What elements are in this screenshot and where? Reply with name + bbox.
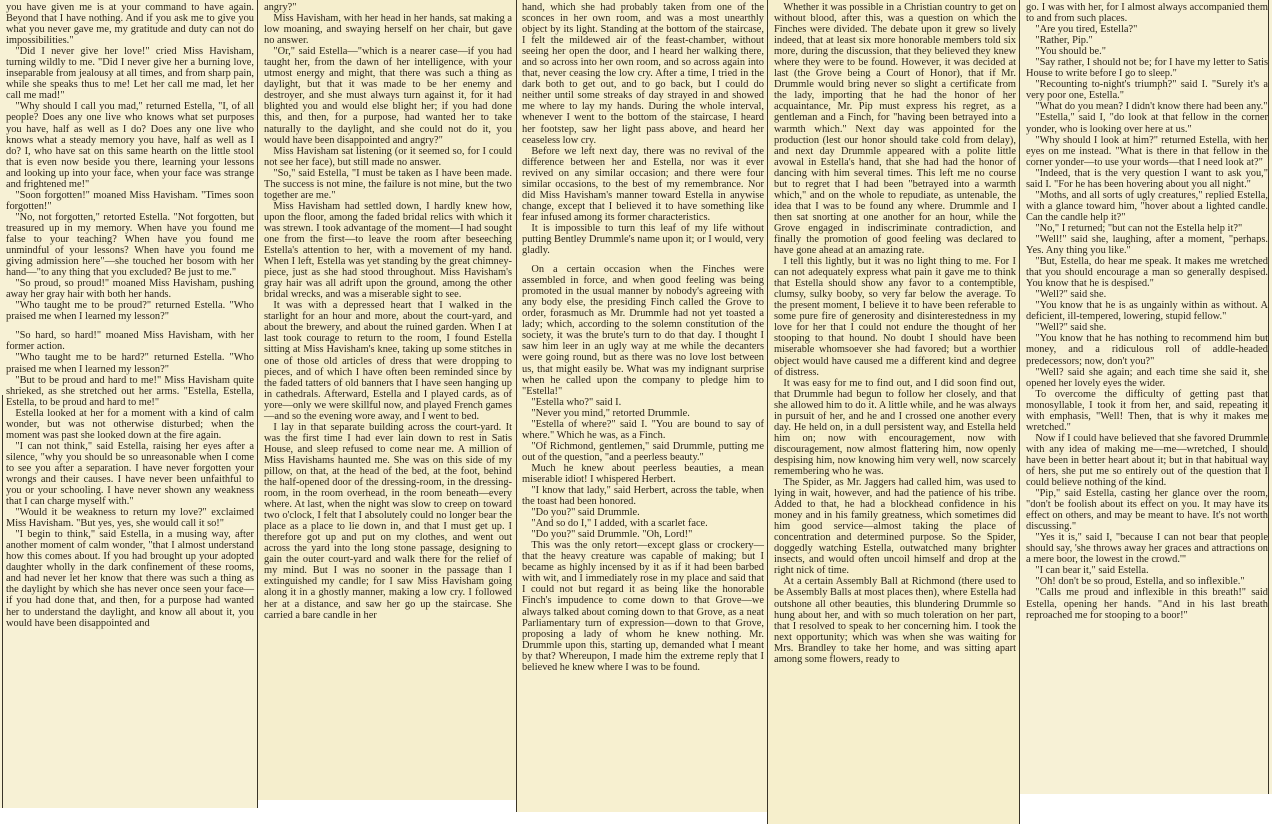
column-4: Whether it was possible in a Christian c… [768, 0, 1020, 824]
paragraph: "I know that lady," said Herbert, across… [522, 485, 764, 507]
paragraph: hand, which she had probably taken from … [522, 2, 764, 146]
paragraph: It was with a depressed heart that I wal… [264, 300, 512, 422]
paragraph: "No," I returned; "but can not the Estel… [1026, 223, 1268, 234]
paragraph: "You know that he has nothing to recomme… [1026, 333, 1268, 366]
paragraph: "Well? said she again; and each time she… [1026, 367, 1268, 389]
paragraph: go. I was with her, for I almost always … [1026, 2, 1268, 24]
paragraph: Before we left next day, there was no re… [522, 146, 764, 223]
paragraph: "Yes it is," said I, "because I can not … [1026, 532, 1268, 565]
paragraph: "But to be proud and hard to me!" Miss H… [6, 375, 254, 408]
paragraph: It was easy for me to find out, and I di… [774, 378, 1016, 477]
paragraph: "Do you?" said Drummle. [522, 507, 764, 518]
paragraph: "You should be." [1026, 46, 1268, 57]
paragraph: "So," said Estella, "I must be taken as … [264, 168, 512, 201]
column-rule-3 [767, 0, 768, 824]
paragraph: "Are you tired, Estella?" [1026, 24, 1268, 35]
paragraph: "Why should I call you mad," returned Es… [6, 101, 254, 189]
paragraph: "Estella of where?" said I. "You are bou… [522, 419, 764, 441]
paragraph: "Say rather, I should not be; for I have… [1026, 57, 1268, 79]
paragraph: "Calls me proud and inflexible in this b… [1026, 587, 1268, 620]
paragraph: I lay in that separate building across t… [264, 422, 512, 621]
column-rule-1 [257, 0, 258, 808]
paragraph: At a certain Assembly Ball at Richmond (… [774, 576, 1016, 664]
paragraph: The Spider, as Mr. Jaggers had called hi… [774, 477, 1016, 576]
column-rule-4 [1019, 0, 1020, 824]
paragraph: "Rather, Pip." [1026, 35, 1268, 46]
paragraph: "Who taught me to be proud?" returned Es… [6, 300, 254, 322]
paragraph: Miss Havisham, with her head in her hand… [264, 13, 512, 46]
paragraph: "So proud, so proud!" moaned Miss Havish… [6, 278, 254, 300]
column-rule-left-edge [2, 395, 3, 808]
paragraph: "Estella," said I, "do look at that fell… [1026, 112, 1268, 134]
paragraph: "Well!" said she, laughing, after a mome… [1026, 234, 1268, 256]
paragraph: "Pip," said Estella, casting her glance … [1026, 488, 1268, 532]
paragraph: "Well?" said she. [1026, 289, 1268, 300]
paragraph: angry?" [264, 2, 512, 13]
paragraph: "You know that he is as ungainly within … [1026, 300, 1268, 322]
paragraph: On a certain occasion when the Finches w… [522, 264, 764, 397]
paragraph: "No, not forgotten," retorted Estella. "… [6, 212, 254, 278]
paragraph: "Well?" said she. [1026, 322, 1268, 333]
column-rule-2 [516, 0, 517, 812]
paragraph: "So hard, so hard!" moaned Miss Havisham… [6, 330, 254, 352]
paragraph: I tell this lightly, but it was no light… [774, 256, 1016, 378]
paragraph: you have given me is at your command to … [6, 2, 254, 46]
column-2: angry?"Miss Havisham, with her head in h… [258, 0, 516, 800]
paragraph: This was the only retort—except glass or… [522, 540, 764, 673]
paragraph: Miss Havisham sat listening (or it seeme… [264, 146, 512, 168]
paragraph: "Recounting to-night's triumph?" said I.… [1026, 79, 1268, 101]
paragraph: "I can bear it," said Estella. [1026, 565, 1268, 576]
newspaper-page: you have given me is at your command to … [0, 0, 1272, 824]
paragraph: "Did I never give her love!" cried Miss … [6, 46, 254, 101]
paragraph: Whether it was possible in a Christian c… [774, 2, 1016, 256]
paragraph: Now if I could have believed that she fa… [1026, 433, 1268, 488]
paragraph: It is impossible to turn this leaf of my… [522, 223, 764, 256]
column-5: go. I was with her, for I almost always … [1020, 0, 1272, 794]
paragraph: To overcome the difficulty of getting pa… [1026, 389, 1268, 433]
paragraph: "I begin to think," said Estella, in a m… [6, 529, 254, 628]
paragraph: Much he knew about peerless beauties, a … [522, 463, 764, 485]
paragraph: Miss Havisham had settled down, I hardly… [264, 201, 512, 300]
paragraph: "Do you?" said Drummle. "Oh, Lord!" [522, 529, 764, 540]
paragraph: "Oh! don't be so proud, Estella, and so … [1026, 576, 1268, 587]
paragraph: "Who taught me to be hard?" returned Est… [6, 352, 254, 374]
paragraph: "Estella who?" said I. [522, 397, 764, 408]
paragraph: "Moths, and all sorts of ugly creatures,… [1026, 190, 1268, 223]
column-3: hand, which she had probably taken from … [516, 0, 768, 812]
paragraph: "What do you mean? I didn't know there h… [1026, 101, 1268, 112]
column-rule-5 [1268, 0, 1269, 794]
paragraph: "Or," said Estella—"which is a nearer ca… [264, 46, 512, 145]
paragraph: "Never you mind," retorted Drummle. [522, 408, 764, 419]
paragraph: "But, Estella, do hear me speak. It make… [1026, 256, 1268, 289]
paragraph: "Soon forgotten!" moaned Miss Havisham. … [6, 190, 254, 212]
paragraph: "Of Richmond, gentlemen," said Drummle, … [522, 441, 764, 463]
paragraph: "Would it be weakness to return my love?… [6, 507, 254, 529]
column-1: you have given me is at your command to … [0, 0, 258, 808]
paragraph: "Why should I look at him?" returned Est… [1026, 135, 1268, 168]
paragraph: "And so do I," I added, with a scarlet f… [522, 518, 764, 529]
paragraph: Estella looked at her for a moment with … [6, 408, 254, 441]
paragraph: "Indeed, that is the very question I wan… [1026, 168, 1268, 190]
paragraph: "I can not think," said Estella, raising… [6, 441, 254, 507]
